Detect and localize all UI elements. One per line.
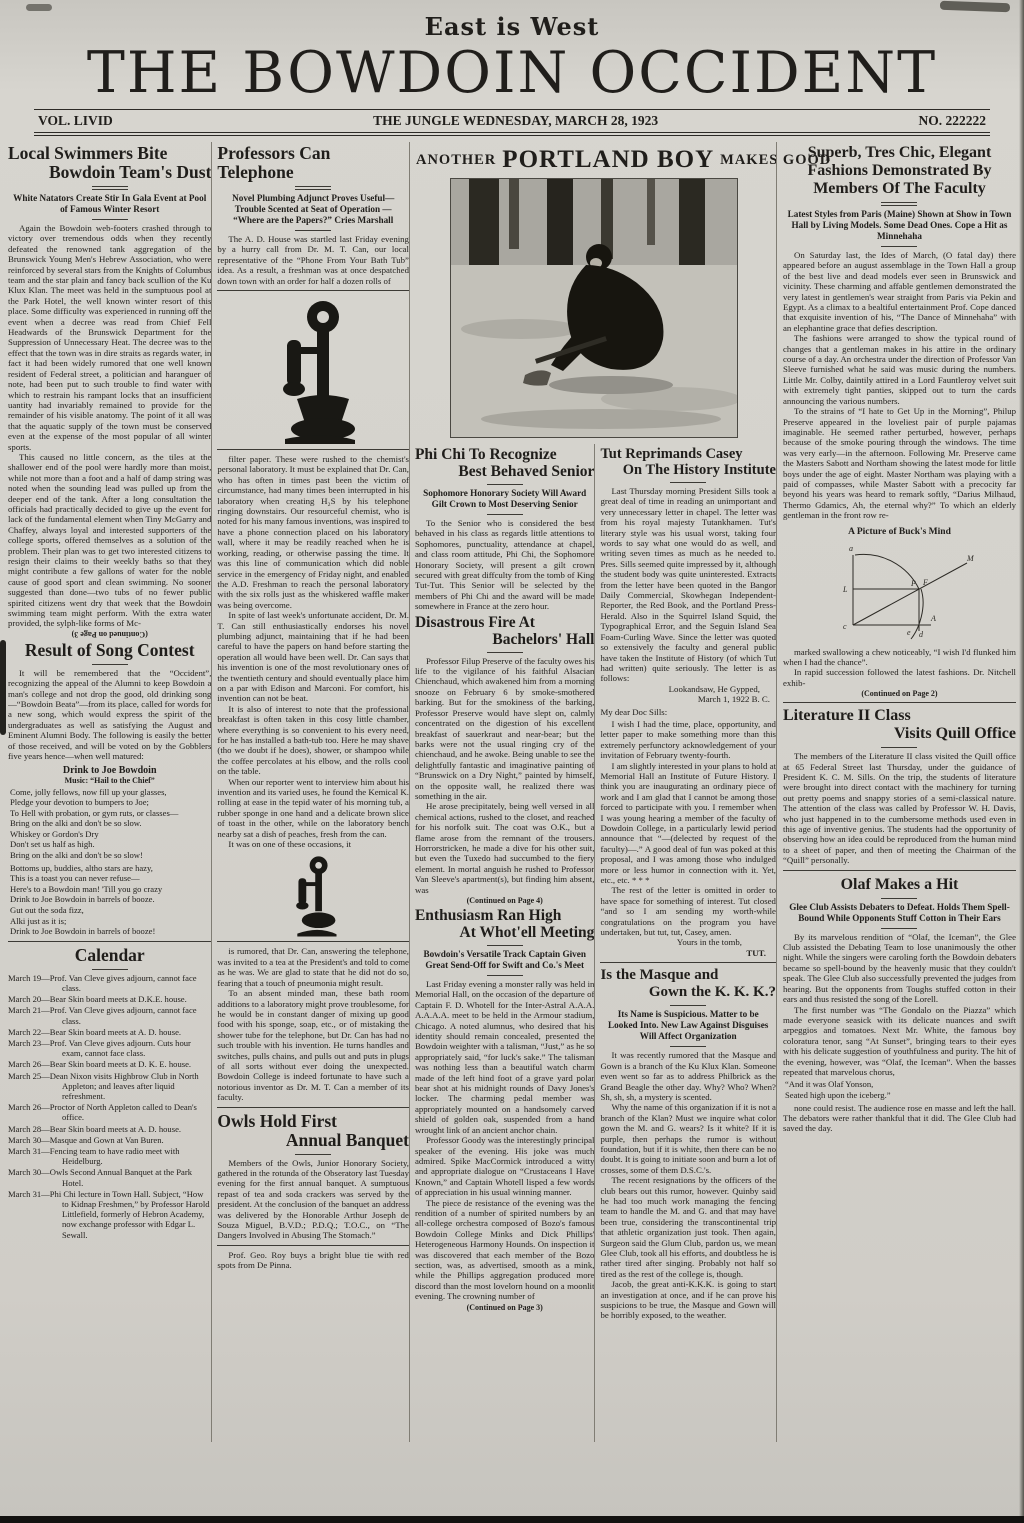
article-enthusiasm-rally: Enthusiasm Ran High At Whot'ell Meeting … xyxy=(415,907,594,1312)
paragraph: I wish I had the time, place, opportunit… xyxy=(600,719,776,761)
svg-text:d: d xyxy=(919,630,924,639)
divider xyxy=(92,186,128,190)
subhead: Bowdoin's Versatile Track Captain Given … xyxy=(419,949,590,971)
divider xyxy=(217,941,409,942)
feature-headline: ANOTHER PORTLAND BOY MAKES GOOD xyxy=(416,146,772,174)
paragraph: It was on one of these occasions, it xyxy=(217,839,409,849)
divider xyxy=(600,962,776,963)
svg-text:A: A xyxy=(930,614,936,623)
divider xyxy=(92,219,128,220)
column-2: Professors Can Telephone Novel Plumbing … xyxy=(211,142,409,1442)
calendar-entry: March 19—Prof. Van Cleve gives adjourn, … xyxy=(8,973,211,993)
calendar-entry: March 26—Proctor of North Appleton calle… xyxy=(8,1102,211,1122)
paragraph: Members of the Owls, Junior Honorary Soc… xyxy=(217,1158,409,1241)
divider xyxy=(92,664,128,665)
letter-place: Lookandsaw, He Gypped, xyxy=(600,684,776,694)
divider xyxy=(487,975,523,976)
mid-columns: Phi Chi To Recognize Best Behaved Senior… xyxy=(410,444,776,1442)
paragraph: The fashions were arranged to show the t… xyxy=(783,333,1016,406)
paragraph: Professor Goody was the interestingly pr… xyxy=(415,1135,594,1197)
chorus-lines: “And it was Olaf Yonson, Seated high upo… xyxy=(785,1079,1016,1100)
headline: Result of Song Contest xyxy=(8,641,211,660)
dateline: THE JUNGLE WEDNESDAY, MARCH 28, 1923 xyxy=(373,113,658,129)
paragraph: The recent resignations by the officers … xyxy=(600,1175,776,1279)
feature-portland-boy: ANOTHER PORTLAND BOY MAKES GOOD xyxy=(410,142,776,444)
letter-date: March 1, 1922 B. C. xyxy=(600,694,776,704)
divider xyxy=(670,482,706,483)
divider xyxy=(881,202,917,206)
paragraph: This caused no little concern, as the ti… xyxy=(8,452,211,629)
paragraph: marked swallowing a chew noticeably, “I … xyxy=(783,647,1016,668)
article-faculty-fashions: Superb, Tres Chic, Elegant Fashions Demo… xyxy=(783,144,1016,698)
masthead: East is West THE BOWDOIN OCCIDENT VOL. L… xyxy=(0,0,1024,136)
calendar-entry: March 26—Bear Skin board meets at D. K. … xyxy=(8,1059,211,1069)
music-credit: Music: “Hail to the Chief” xyxy=(8,776,211,785)
scan-artifact xyxy=(0,1516,1024,1523)
newspaper-page: East is West THE BOWDOIN OCCIDENT VOL. L… xyxy=(0,0,1024,1523)
paragraph: It is also of interest to note that the … xyxy=(217,704,409,777)
headline: Professors Can Telephone xyxy=(217,144,409,182)
svg-text:e: e xyxy=(907,628,911,637)
letter-signature: TUT. xyxy=(600,948,776,958)
subhead: Novel Plumbing Adjunct Proves Useful—Tro… xyxy=(221,193,405,226)
paragraph: The first number was “The Gondalo on the… xyxy=(783,1005,1016,1078)
divider xyxy=(783,870,1016,871)
calendar-entry: March 31—Phi Chi lecture in Town Hall. S… xyxy=(8,1189,211,1240)
divider xyxy=(295,1154,331,1155)
continued-note: (Continued on Page 4) xyxy=(415,896,594,905)
song-verse: Come, jolly fellows, now fill up your gl… xyxy=(10,787,211,861)
paragraph: none could resist. The audience rose en … xyxy=(783,1103,1016,1134)
article-song-contest: Result of Song Contest It will be rememb… xyxy=(8,641,211,937)
calendar-entry: March 23—Prof. Van Cleve gives adjourn. … xyxy=(8,1038,211,1058)
calendar-entry: March 20—Bear Skin board meets at D.K.E.… xyxy=(8,994,211,1004)
subhead: Glee Club Assists Debaters to Defeat. Ho… xyxy=(787,902,1012,924)
svg-text:M: M xyxy=(966,554,975,563)
paragraph: Last Thursday morning President Sills to… xyxy=(600,486,776,684)
bucks-mind-figure: A Picture of Buck's Mind a xyxy=(787,527,1012,641)
masthead-title: THE BOWDOIN OCCIDENT xyxy=(34,43,990,103)
divider xyxy=(295,230,331,231)
song-title: Drink to Joe Bowdoin xyxy=(8,765,211,776)
headline: Disastrous Fire At Bachelors' Hall xyxy=(415,614,594,648)
subhead: Sophomore Honorary Society Will Award Gi… xyxy=(419,488,590,510)
headline: Owls Hold First Annual Banquet xyxy=(217,1112,409,1150)
column-1: Local Swimmers Bite Bowdoin Team's Dust … xyxy=(8,142,211,1442)
svg-text:L: L xyxy=(842,585,848,594)
subhead: Its Name is Suspicious. Matter to be Loo… xyxy=(604,1009,772,1042)
article-literature-quill: Literature II Class Visits Quill Office … xyxy=(783,707,1016,865)
masthead-motto: East is West xyxy=(34,12,990,41)
divider xyxy=(670,1046,706,1047)
calendar-entry: March 30—Masque and Gown at Van Buren. xyxy=(8,1135,211,1145)
paragraph: The A. D. House was startled last Friday… xyxy=(217,234,409,286)
svg-text:a: a xyxy=(849,544,853,553)
headline: Phi Chi To Recognize Best Behaved Senior xyxy=(415,446,594,480)
dateline-row: VOL. LIVID THE JUNGLE WEDNESDAY, MARCH 2… xyxy=(34,110,990,132)
divider xyxy=(487,514,523,515)
divider xyxy=(217,1245,409,1246)
issue-number: NO. 222222 xyxy=(919,113,987,129)
divider xyxy=(670,1005,706,1006)
divider xyxy=(881,246,917,247)
divider xyxy=(783,702,1016,703)
paragraph: To the Senior who is considered the best… xyxy=(415,518,594,612)
continued-note: (Continued on Page 3) xyxy=(415,1303,594,1312)
calendar-entry: March 21—Prof. Van Cleve gives adjourn, … xyxy=(8,1005,211,1025)
headline: Tut Reprimands Casey On The History Inst… xyxy=(600,446,776,478)
headline: Literature II Class Visits Quill Office xyxy=(783,707,1016,743)
divider xyxy=(8,941,211,942)
continued-note: (Continued on Page 2) xyxy=(783,689,1016,698)
headline: Olaf Makes a Hit xyxy=(783,875,1016,894)
paragraph: Again the Bowdoin web-footers crashed th… xyxy=(8,223,211,452)
divider xyxy=(487,652,523,653)
scan-artifact xyxy=(1019,0,1024,1523)
column-4: Tut Reprimands Casey On The History Inst… xyxy=(594,444,776,1442)
paragraph: is rumored, that Dr. Can, answering the … xyxy=(217,946,409,988)
letter-closing: Yours in the tomb, xyxy=(600,937,776,947)
subhead: White Natators Create Stir In Gala Event… xyxy=(12,193,207,215)
paragraph: To an absent minded man, these bath room… xyxy=(217,988,409,1102)
columns: Local Swimmers Bite Bowdoin Team's Dust … xyxy=(8,142,1016,1442)
column-5: Superb, Tres Chic, Elegant Fashions Demo… xyxy=(776,142,1016,1442)
figure-title: A Picture of Buck's Mind xyxy=(787,527,1012,537)
center-spread: ANOTHER PORTLAND BOY MAKES GOOD xyxy=(409,142,776,1442)
divider xyxy=(881,898,917,899)
divider xyxy=(487,484,523,485)
headline: Calendar xyxy=(8,946,211,965)
article-phi-chi: Phi Chi To Recognize Best Behaved Senior… xyxy=(415,446,594,612)
divider xyxy=(217,449,409,450)
calendar-entry: March 28—Bear Skin board meets at A. D. … xyxy=(8,1124,211,1134)
paragraph: In rapid succession followed the latest … xyxy=(783,667,1016,688)
paragraph: It was recently rumored that the Masque … xyxy=(600,1050,776,1102)
paragraph: I am slightly interested in your plans t… xyxy=(600,761,776,886)
letter-salutation: My dear Doc Sills: xyxy=(600,707,776,717)
svg-text:F: F xyxy=(922,578,928,587)
calendar-entry: March 25—Dean Nixon visits Highbrow Club… xyxy=(8,1071,211,1102)
paragraph: On Saturday last, the Ides of March, (O … xyxy=(783,250,1016,333)
calendar-entry: March 31—Fencing team to have radio meet… xyxy=(8,1146,211,1166)
column-3: Phi Chi To Recognize Best Behaved Senior… xyxy=(410,444,594,1442)
continued-note-upside-down: (Continued on Page 3) xyxy=(8,630,211,639)
paragraph: Jacob, the great anti-K.K.K. is going to… xyxy=(600,1279,776,1321)
paragraph: Professor Filup Preserve of the faculty … xyxy=(415,656,594,802)
scan-artifact xyxy=(26,4,52,11)
paragraph: He arose precipitately, being well verse… xyxy=(415,801,594,895)
article-olaf: Olaf Makes a Hit Glee Club Assists Debat… xyxy=(783,875,1016,1134)
headline: Is the Masque and Gown the K. K. K.? xyxy=(600,967,776,1001)
article-tut-reprimands: Tut Reprimands Casey On The History Inst… xyxy=(600,446,776,958)
svg-text:P: P xyxy=(910,579,916,588)
news-brief: Prof. Geo. Roy buys a bright blue tie wi… xyxy=(217,1250,409,1271)
article-professors-can-telephone: Professors Can Telephone Novel Plumbing … xyxy=(217,144,409,1103)
paragraph: Why the name of this organization if it … xyxy=(600,1102,776,1175)
paragraph: When our reporter went to interview him … xyxy=(217,777,409,839)
geometry-diagram: a M L P F c e d A xyxy=(819,541,979,641)
divider xyxy=(881,747,917,748)
headline: Superb, Tres Chic, Elegant Fashions Demo… xyxy=(783,144,1016,198)
paragraph: filter paper. These were rushed to the c… xyxy=(217,454,409,610)
article-calendar: Calendar March 19—Prof. Van Cleve gives … xyxy=(8,946,211,1240)
svg-text:c: c xyxy=(843,622,847,631)
divider xyxy=(217,1107,409,1108)
headline: Enthusiasm Ran High At Whot'ell Meeting xyxy=(415,907,594,941)
subhead: Latest Styles from Paris (Maine) Shown a… xyxy=(787,209,1012,242)
headline: Local Swimmers Bite Bowdoin Team's Dust xyxy=(8,144,211,182)
divider xyxy=(92,969,128,970)
masthead-rule-bottom-2 xyxy=(34,135,990,136)
paragraph: The members of the Literature II class v… xyxy=(783,751,1016,865)
paragraph: By its marvelous rendition of “Olaf, the… xyxy=(783,932,1016,1005)
paragraph: To the strains of “I hate to Get Up in t… xyxy=(783,406,1016,520)
candlestick-telephone-small-icon xyxy=(287,853,339,937)
scan-artifact xyxy=(0,640,6,735)
article-owls-banquet: Owls Hold First Annual Banquet Members o… xyxy=(217,1112,409,1241)
paragraph: Last Friday evening a monster rally was … xyxy=(415,979,594,1135)
song-verse: Bottoms up, buddies, altho stars are haz… xyxy=(10,863,211,937)
divider xyxy=(217,290,409,291)
article-local-swimmers: Local Swimmers Bite Bowdoin Team's Dust … xyxy=(8,144,211,639)
masthead-rule-bottom xyxy=(34,132,990,133)
article-disastrous-fire: Disastrous Fire At Bachelors' Hall Profe… xyxy=(415,614,594,905)
divider xyxy=(881,928,917,929)
calendar-entry: March 22—Bear Skin board meets at A. D. … xyxy=(8,1027,211,1037)
volume-label: VOL. LIVID xyxy=(38,113,113,129)
divider xyxy=(295,186,331,190)
article-masque-and-gown: Is the Masque and Gown the K. K. K.? Its… xyxy=(600,967,776,1321)
paragraph: The piece de resistance of the evening w… xyxy=(415,1198,594,1302)
paragraph: It will be remembered that the “Occident… xyxy=(8,668,211,762)
paragraph: In spite of last week's unfortunate acci… xyxy=(217,610,409,704)
paragraph: The rest of the letter is omitted in ord… xyxy=(600,885,776,937)
divider xyxy=(487,945,523,946)
candlestick-telephone-icon xyxy=(267,295,359,445)
portland-boy-snow-shoveling-photo xyxy=(450,178,738,438)
calendar-entry: March 30—Owls Second Annual Banquet at t… xyxy=(8,1167,211,1187)
